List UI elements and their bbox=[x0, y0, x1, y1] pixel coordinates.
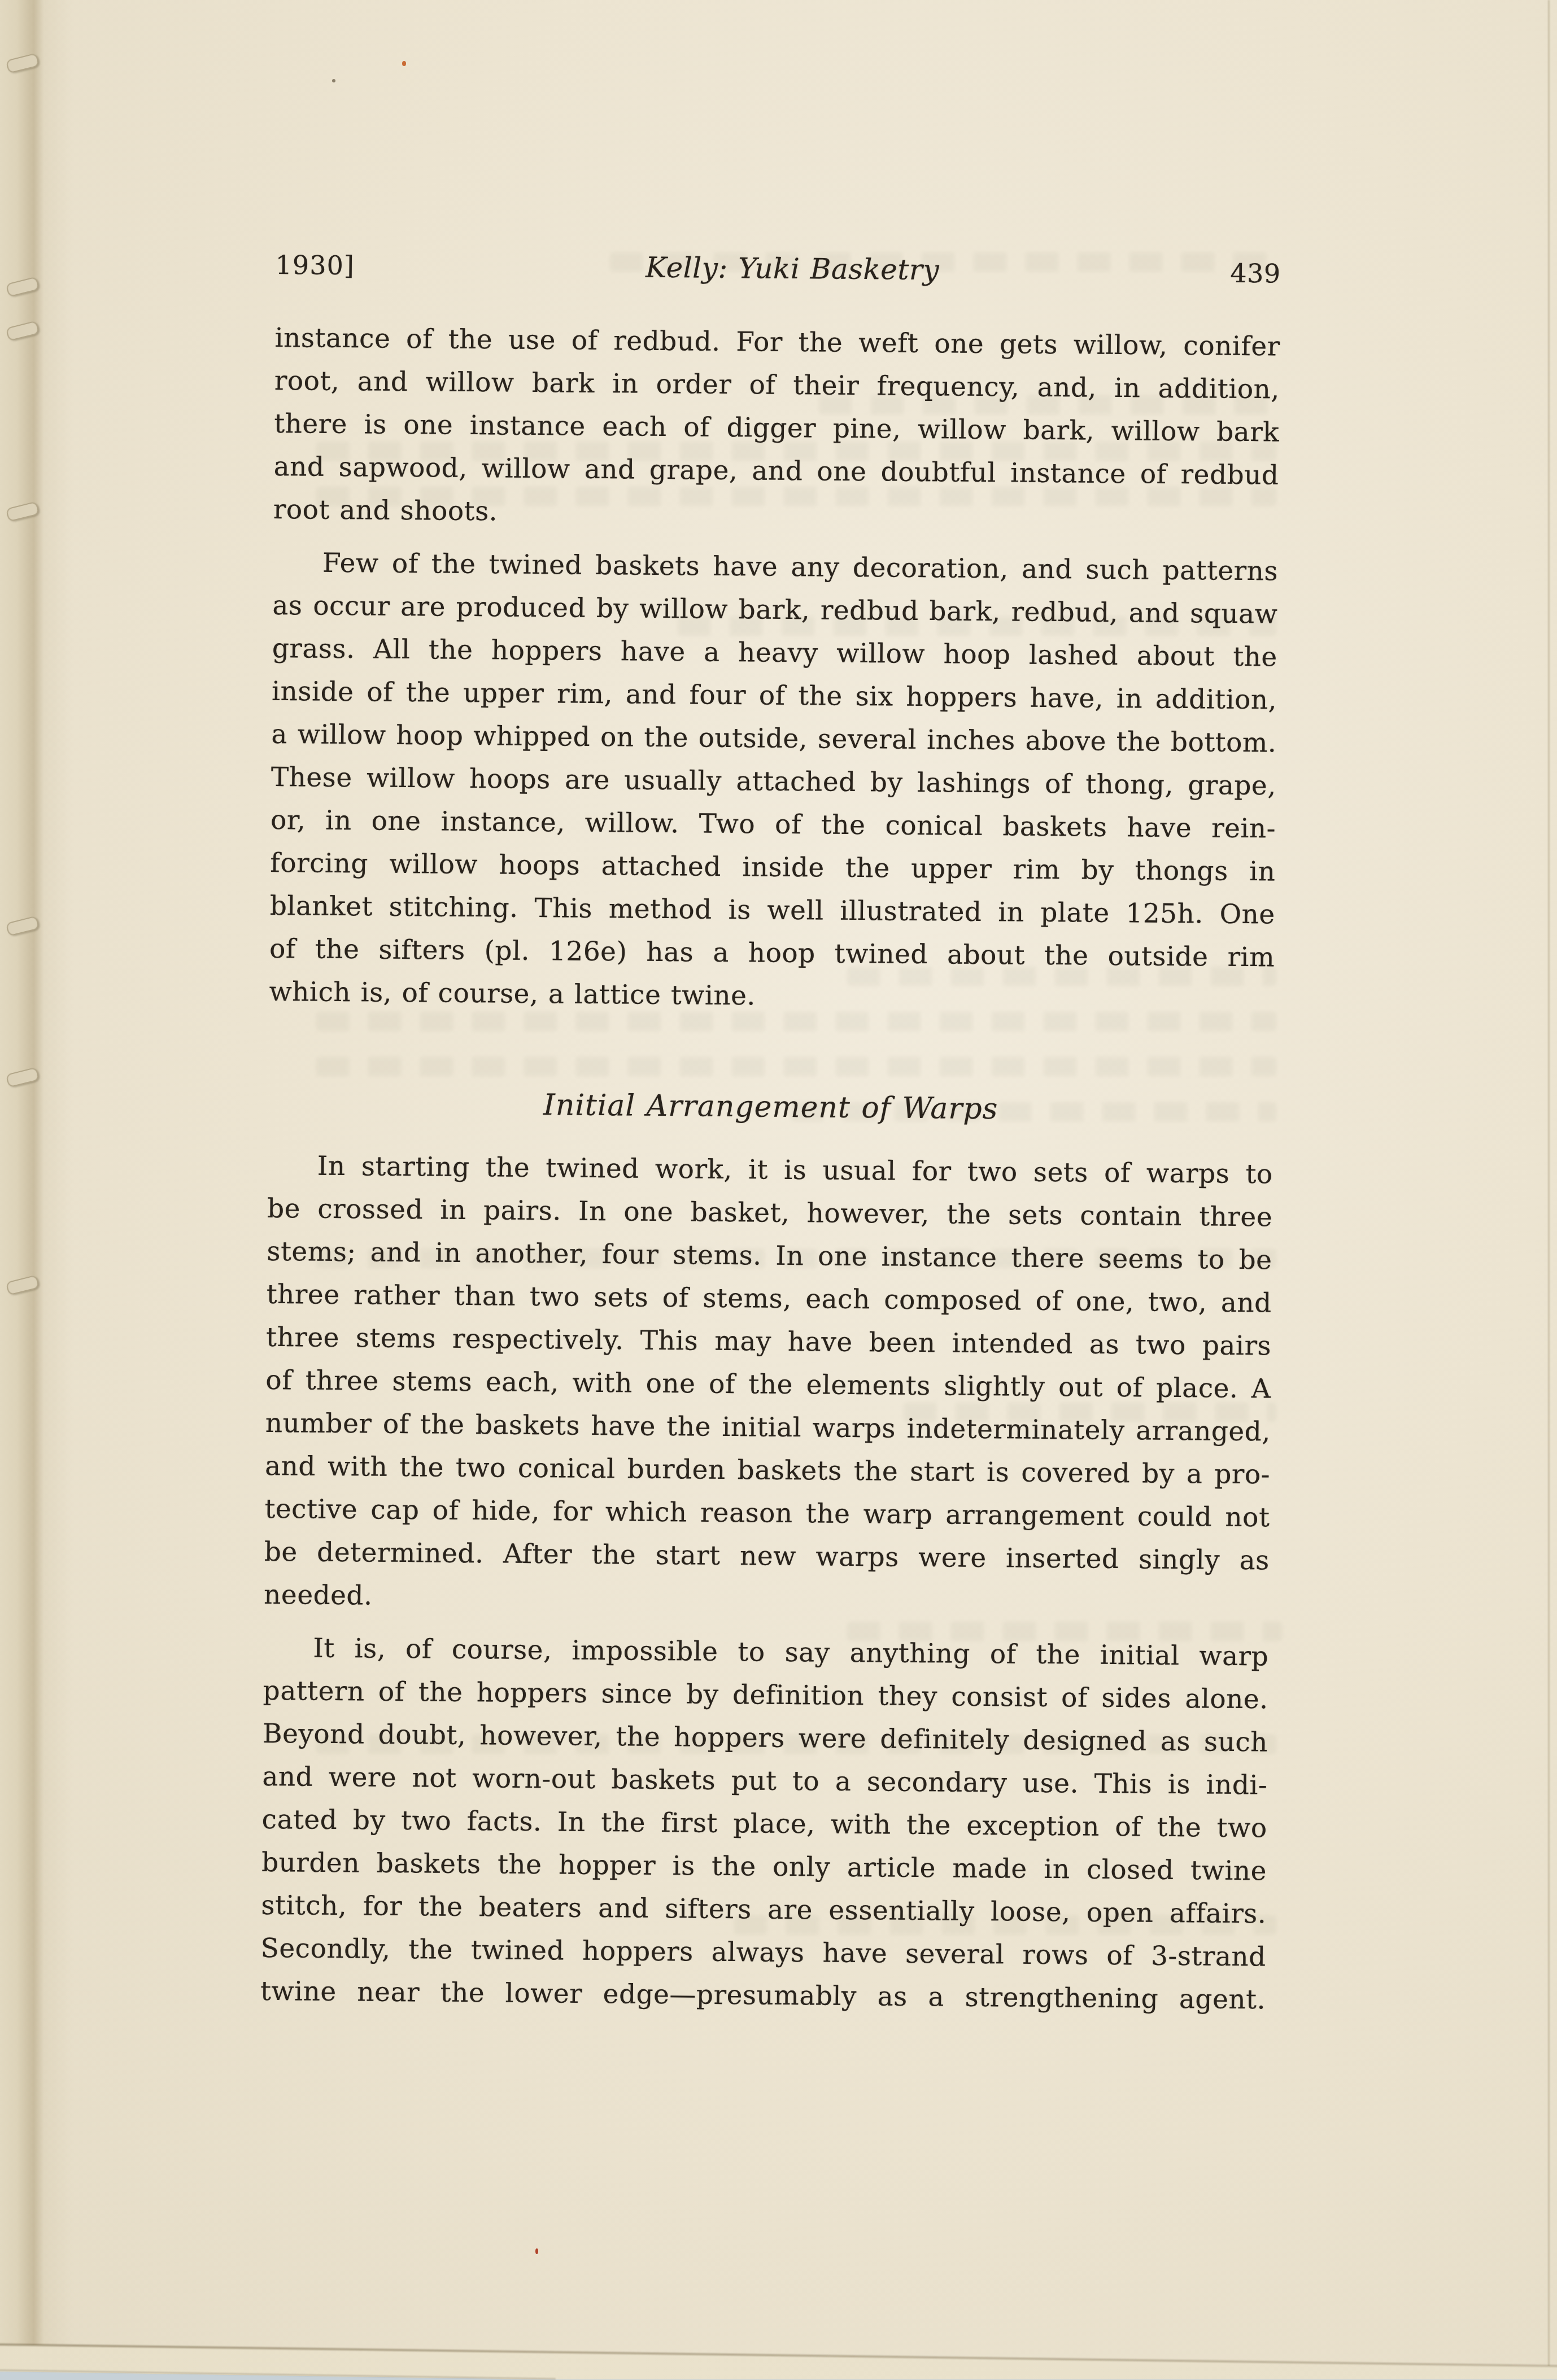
section-heading: Initial Arrangement of Warps bbox=[268, 1081, 1273, 1133]
paper-speck bbox=[402, 61, 406, 66]
paragraph-4: It is, of course, impossible to say anyt… bbox=[260, 1627, 1269, 2022]
text-line: twine near the lower edge—presumably as … bbox=[260, 1970, 1266, 2022]
scanned-book-page: 1930] Kelly: Yuki Basketry 439 instance … bbox=[0, 0, 1557, 2379]
page-content: 1930] Kelly: Yuki Basketry 439 instance … bbox=[260, 248, 1281, 2021]
header-running-title: Kelly: Yuki Basketry bbox=[646, 252, 939, 286]
paragraph-1: instance of the use of redbud. For the w… bbox=[273, 317, 1280, 540]
header-page-number: 439 bbox=[1230, 257, 1281, 290]
text-line: be determined. After the start new warps… bbox=[264, 1531, 1270, 1583]
header-year: 1930] bbox=[276, 249, 355, 281]
paragraph-3: In starting the twined work, it is usual… bbox=[264, 1145, 1273, 1626]
paper-speck bbox=[332, 79, 335, 82]
paragraph-2: Few of the twined baskets have any decor… bbox=[269, 541, 1278, 1023]
text-line: which is, of course, a lattice twine. bbox=[269, 971, 1275, 1023]
paper-speck bbox=[535, 2248, 538, 2254]
text-line: root and shoots. bbox=[273, 488, 1279, 540]
text-line: needed. bbox=[264, 1574, 1270, 1626]
